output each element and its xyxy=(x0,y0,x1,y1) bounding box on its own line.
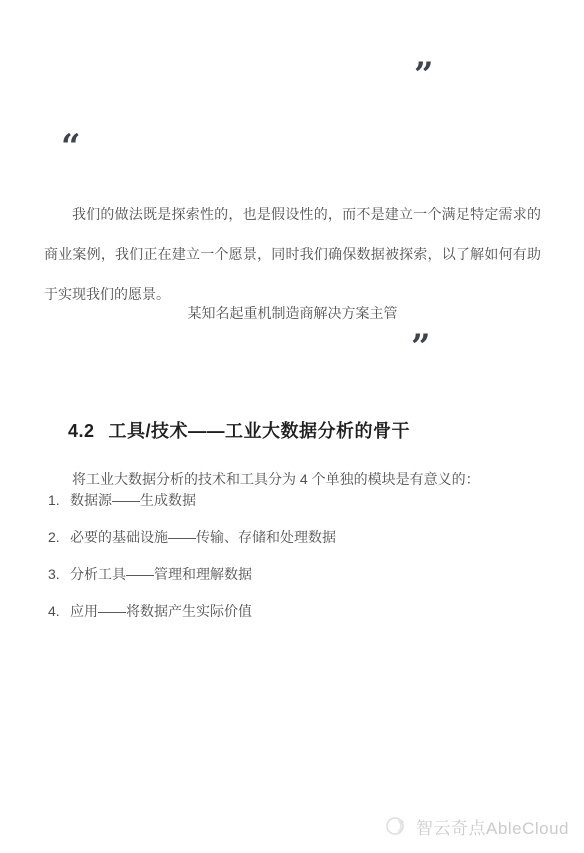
footer-watermark: 智云奇点AbleCloud xyxy=(384,813,569,839)
list-item-number: 1. xyxy=(44,493,70,508)
module-list: 1. 数据源——生成数据 2. 必要的基础设施——传输、存储和处理数据 3. 分… xyxy=(44,493,541,641)
list-item: 2. 必要的基础设施——传输、存储和处理数据 xyxy=(44,530,541,545)
list-item-number: 2. xyxy=(44,530,70,545)
list-item: 3. 分析工具——管理和理解数据 xyxy=(44,567,541,582)
footer-brand-text: 智云奇点AbleCloud xyxy=(416,814,569,839)
section-heading-number: 4.2 xyxy=(68,421,95,441)
list-item-text: 数据源——生成数据 xyxy=(70,493,541,508)
closing-quote-icon-bottom: ” xyxy=(411,330,429,364)
list-item-text: 必要的基础设施——传输、存储和处理数据 xyxy=(70,530,541,545)
section-heading: 4.2工具/技术——工业大数据分析的骨干 xyxy=(68,417,410,443)
list-item-number: 3. xyxy=(44,567,70,582)
list-item-text: 应用——将数据产生实际价值 xyxy=(70,604,541,619)
list-item-number: 4. xyxy=(44,604,70,619)
quote-attribution: 某知名起重机制造商解决方案主管 xyxy=(44,303,541,323)
ablecloud-cloud-logo-icon xyxy=(384,813,410,839)
list-item: 4. 应用——将数据产生实际价值 xyxy=(44,604,541,619)
section-intro-paragraph: 将工业大数据分析的技术和工具分为 4 个单独的模块是有意义的： xyxy=(44,468,541,490)
section-heading-title: 工具/技术——工业大数据分析的骨干 xyxy=(109,421,411,441)
opening-quote-icon: “ xyxy=(61,130,79,164)
closing-quote-icon-top: ” xyxy=(414,58,432,92)
quote-paragraph: 我们的做法既是探索性的，也是假设性的，而不是建立一个满足特定需求的商业案例，我们… xyxy=(44,194,541,314)
list-item: 1. 数据源——生成数据 xyxy=(44,493,541,508)
document-page: ” “ 我们的做法既是探索性的，也是假设性的，而不是建立一个满足特定需求的商业案… xyxy=(0,0,584,853)
list-item-text: 分析工具——管理和理解数据 xyxy=(70,567,541,582)
